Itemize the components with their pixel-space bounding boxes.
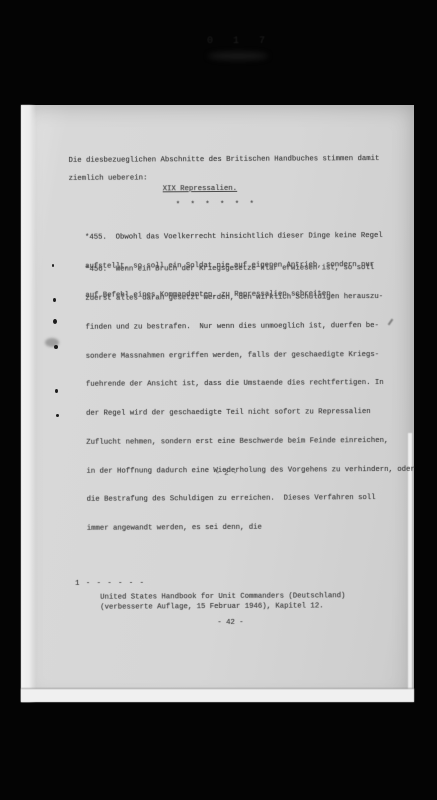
para456-line: der Regel wird der geschaedigte Teil nic… xyxy=(86,408,414,420)
intro-line-2: ziemlich ueberein: xyxy=(69,174,148,182)
ink-speck xyxy=(53,319,57,324)
para456-line: fuehrende der Ansicht ist, dass die Umst… xyxy=(86,379,414,391)
para455-line: *455. Obwohl das Voelkerrecht hinsichtli… xyxy=(85,232,383,243)
ink-speck xyxy=(54,345,58,349)
ink-speck xyxy=(56,414,59,417)
scanned-page: Die diesbezueglichen Abschnitte des Brit… xyxy=(21,105,414,702)
intro-line-1: Die diesbezueglichen Abschnitte des Brit… xyxy=(68,155,379,165)
para456-line: die Bestrafung des Schuldigen zu erreich… xyxy=(87,494,415,506)
section-heading: XIX Repressalien. xyxy=(163,185,238,193)
film-frame-mark: 0 1 7 xyxy=(207,36,272,47)
para456-line: zuerst alles daran gesetzt werden, den w… xyxy=(85,293,413,305)
page-number-inner: - 2 - xyxy=(215,470,237,478)
para456-line: sondere Massnahmen ergriffen werden, fal… xyxy=(86,350,414,362)
ink-speck xyxy=(55,389,58,393)
para456-line: immer angewandt werden, es sei denn, die xyxy=(87,523,415,535)
section-stars: * * * * * * xyxy=(176,201,257,209)
footnote-line-1: United States Handbook for Unit Commande… xyxy=(100,592,345,601)
ink-speck xyxy=(52,264,54,267)
page-number-bottom: - 42 - xyxy=(217,619,243,627)
para456-line: finden und zu bestrafen. Nur wenn dies u… xyxy=(86,322,414,334)
paragraph-456: *456. Wenn ein Bruch der Kriegsgesetze k… xyxy=(85,245,415,554)
para456-line: in der Hoffnung dadurch eine Wiederholun… xyxy=(86,465,414,477)
footnote-marker: 1 - - - - - - xyxy=(75,579,145,587)
ink-speck xyxy=(53,298,56,302)
footnote-line-2: (verbesserte Auflage, 15 Februar 1946), … xyxy=(100,602,323,611)
page-content: Die diesbezueglichen Abschnitte des Brit… xyxy=(19,104,416,703)
film-smudge xyxy=(208,52,268,60)
para456-line: Zuflucht nehmen, sondern erst eine Besch… xyxy=(86,437,414,449)
para456-line: *456. Wenn ein Bruch der Kriegsgesetze k… xyxy=(85,264,413,276)
